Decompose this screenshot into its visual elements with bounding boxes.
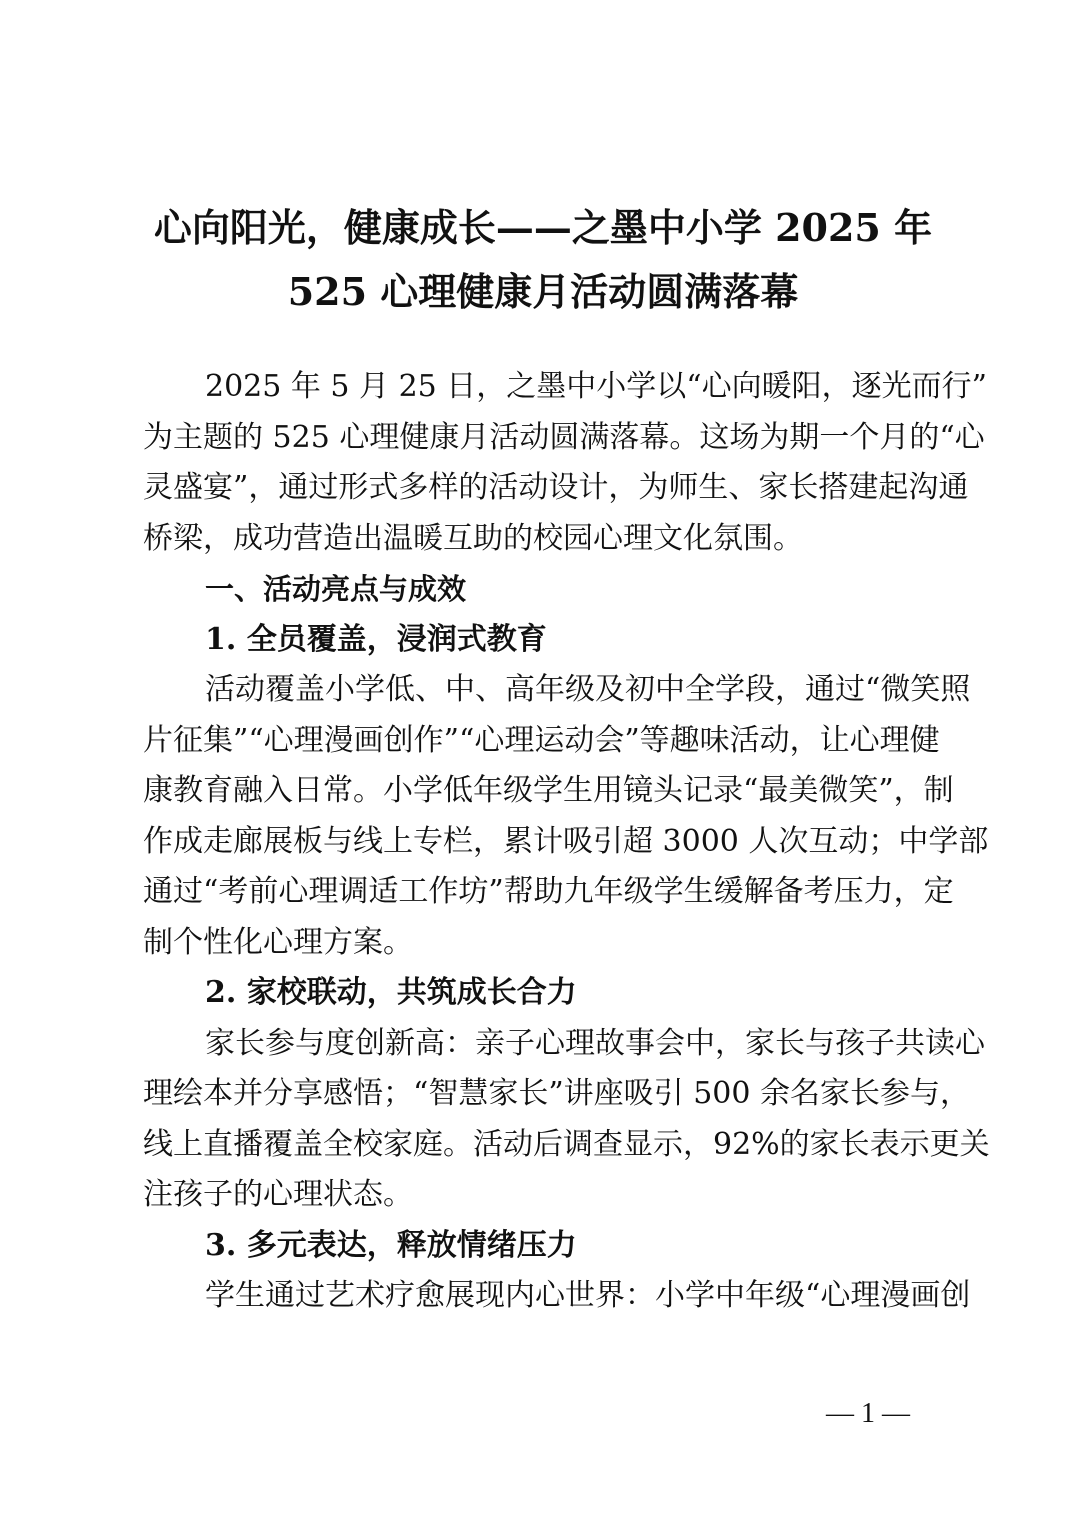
document-body: 2025 年 5 月 25 日，之墨中小学以“心向暖阳，逐光而行” 为主题的 5…: [143, 362, 945, 1322]
text-line: 桥梁，成功营造出温暖互助的校园心理文化氛围。: [143, 514, 945, 565]
subsection-1-paragraph: 活动覆盖小学低、中、高年级及初中全学段，通过“微笑照 片征集”“心理漫画创作”“…: [143, 665, 945, 968]
text-line: 作成走廊展板与线上专栏，累计吸引超 3000 人次互动；中学部: [143, 817, 945, 868]
section-heading: 一、活动亮点与成效: [143, 564, 945, 615]
subsection-2-paragraph: 家长参与度创新高：亲子心理故事会中，家长与孩子共读心 理绘本并分享感悟；“智慧家…: [143, 1019, 945, 1221]
title-line-1: 心向阳光，健康成长——之墨中小学 2025 年: [143, 196, 943, 260]
text-line: 为主题的 525 心理健康月活动圆满落幕。这场为期一个月的“心: [143, 413, 945, 464]
text-line: 片征集”“心理漫画创作”“心理运动会”等趣味活动，让心理健: [143, 716, 945, 767]
page-number: — 1 —: [818, 1398, 918, 1430]
text-line: 学生通过艺术疗愈展现内心世界：小学中年级“心理漫画创: [143, 1271, 945, 1322]
text-line: 康教育融入日常。小学低年级学生用镜头记录“最美微笑”，制: [143, 766, 945, 817]
subsection-heading-1: 1. 全员覆盖，浸润式教育: [143, 615, 945, 666]
subsection-3-paragraph: 学生通过艺术疗愈展现内心世界：小学中年级“心理漫画创: [143, 1271, 945, 1322]
subsection-heading-3: 3. 多元表达，释放情绪压力: [143, 1221, 945, 1272]
intro-paragraph: 2025 年 5 月 25 日，之墨中小学以“心向暖阳，逐光而行” 为主题的 5…: [143, 362, 945, 564]
title-line-2: 525 心理健康月活动圆满落幕: [143, 260, 943, 324]
text-line: 家长参与度创新高：亲子心理故事会中，家长与孩子共读心: [143, 1019, 945, 1070]
subsection-heading-2: 2. 家校联动，共筑成长合力: [143, 968, 945, 1019]
document-page: 心向阳光，健康成长——之墨中小学 2025 年 525 心理健康月活动圆满落幕 …: [0, 0, 1080, 1527]
text-line: 活动覆盖小学低、中、高年级及初中全学段，通过“微笑照: [143, 665, 945, 716]
text-line: 注孩子的心理状态。: [143, 1170, 945, 1221]
text-line: 通过“考前心理调适工作坊”帮助九年级学生缓解备考压力，定: [143, 867, 945, 918]
document-title: 心向阳光，健康成长——之墨中小学 2025 年 525 心理健康月活动圆满落幕: [143, 196, 943, 324]
text-line: 制个性化心理方案。: [143, 918, 945, 969]
text-line: 线上直播覆盖全校家庭。活动后调查显示，92%的家长表示更关: [143, 1120, 945, 1171]
text-line: 灵盛宴”，通过形式多样的活动设计，为师生、家长搭建起沟通: [143, 463, 945, 514]
text-line: 理绘本并分享感悟；“智慧家长”讲座吸引 500 余名家长参与，: [143, 1069, 945, 1120]
text-line: 2025 年 5 月 25 日，之墨中小学以“心向暖阳，逐光而行”: [143, 362, 945, 413]
